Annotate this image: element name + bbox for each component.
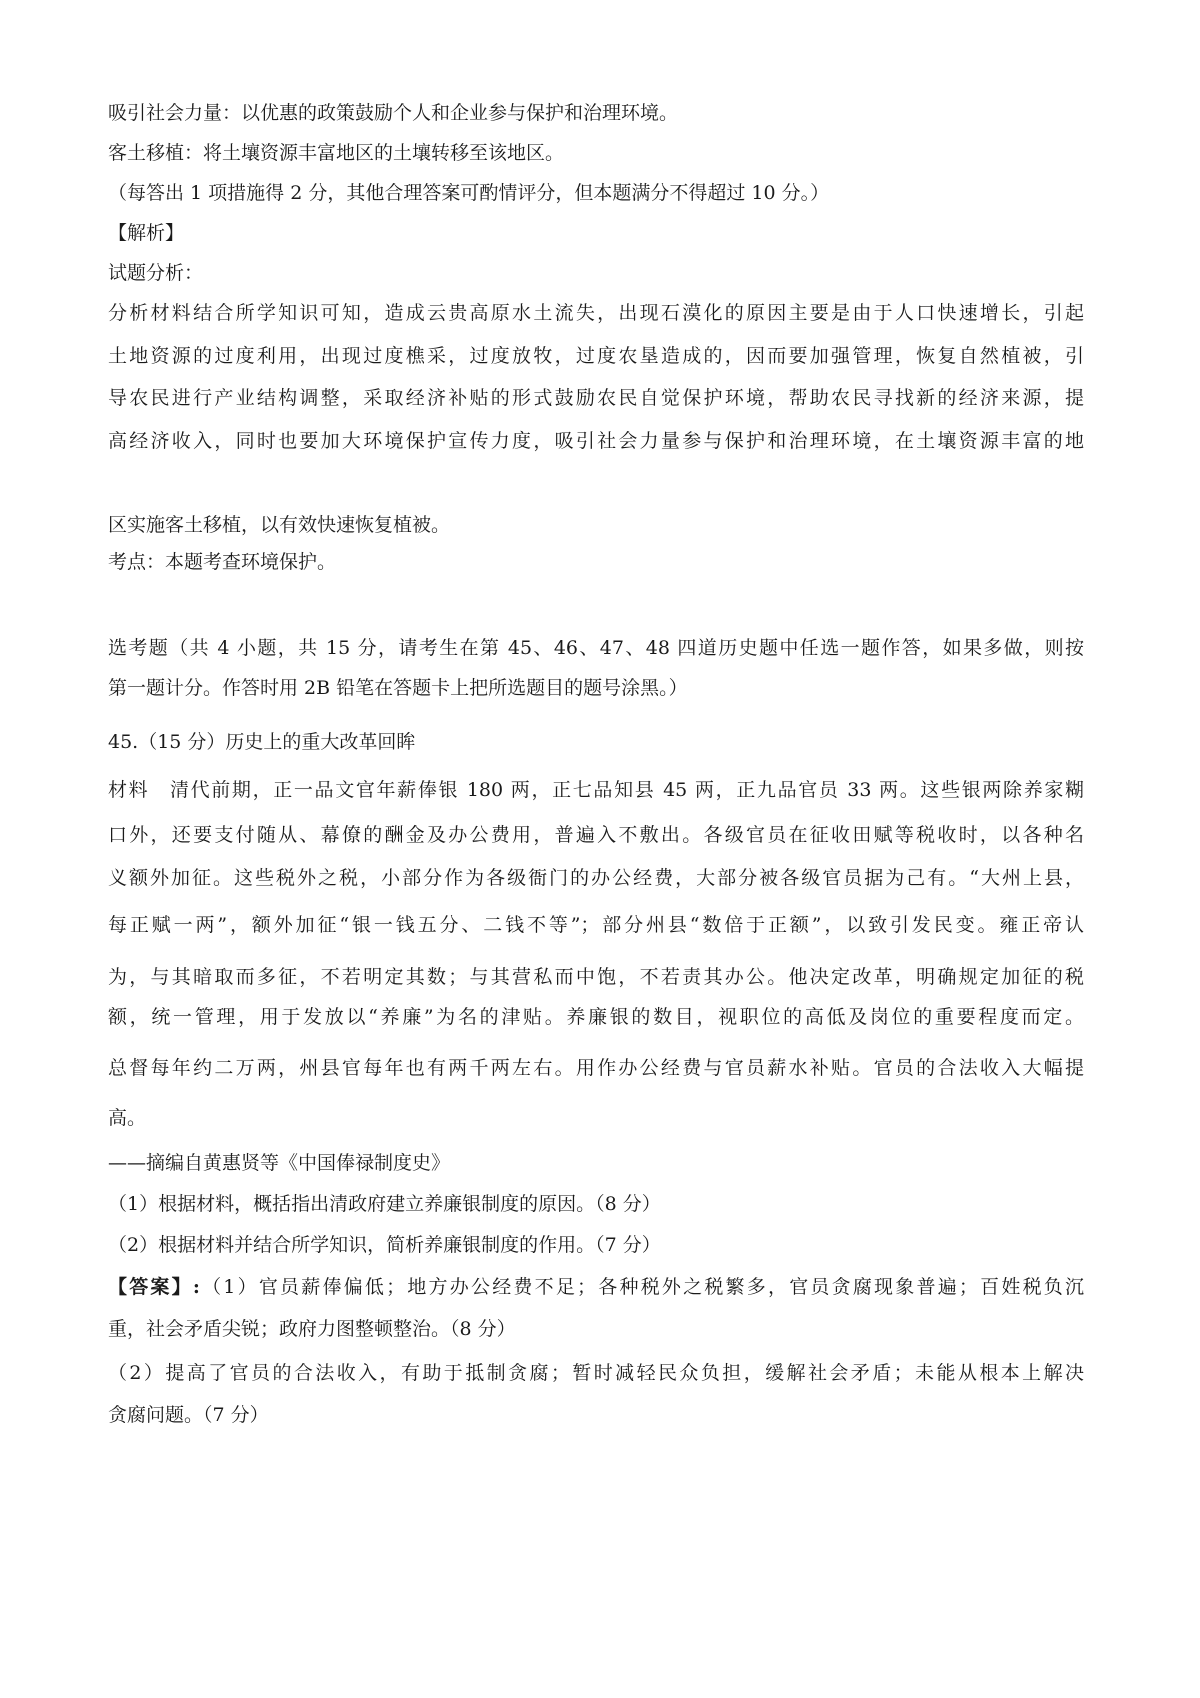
text-line: （2）提高了官员的合法收入，有助于抵制贪腐；暂时减轻民众负担，缓解社会矛盾；未能… (108, 1359, 1084, 1387)
text-line: ——摘编自黄惠贤等《中国俸禄制度史》 (108, 1149, 1084, 1177)
text-line: 额，统一管理，用于发放以“养廉”为名的津贴。养廉银的数目，视职位的高低及岗位的重… (108, 1003, 1084, 1031)
text-line: （每答出 1 项措施得 2 分，其他合理答案可酌情评分，但本题满分不得超过 10… (108, 179, 1084, 207)
text-line: 总督每年约二万两，州县官每年也有两千两左右。用作办公经费与官员薪水补贴。官员的合… (108, 1054, 1084, 1082)
answer-text: （1）官员薪俸偏低；地方办公经费不足；各种税外之税繁多，官员贪腐现象普遍；百姓税… (200, 1276, 1084, 1298)
text-line: 选考题（共 4 小题，共 15 分，请考生在第 45、46、47、48 四道历史… (108, 634, 1084, 662)
answer-line: 【答案】:（1）官员薪俸偏低；地方办公经费不足；各种税外之税繁多，官员贪腐现象普… (108, 1273, 1084, 1301)
text-line: 土地资源的过度利用，出现过度樵采，过度放牧，过度农垦造成的，因而要加强管理，恢复… (108, 342, 1084, 370)
text-line: 区实施客土移植，以有效快速恢复植被。 (108, 511, 1084, 539)
text-line: 导农民进行产业结构调整，采取经济补贴的形式鼓励农民自觉保护环境，帮助农民寻找新的… (108, 384, 1084, 412)
text-line: 吸引社会力量：以优惠的政策鼓励个人和企业参与保护和治理环境。 (108, 99, 1084, 127)
text-line: （2）根据材料并结合所学知识，简析养廉银制度的作用。（7 分） (108, 1231, 1084, 1259)
text-line: 义额外加征。这些税外之税，小部分作为各级衙门的办公经费，大部分被各级官员据为己有… (108, 864, 1084, 892)
text-line: 第一题计分。作答时用 2B 铅笔在答题卡上把所选题目的题号涂黑。） (108, 674, 1084, 702)
text-line: 为，与其暗取而多征，不若明定其数；与其营私而中饱，不若责其办公。他决定改革，明确… (108, 963, 1084, 991)
document-page: 吸引社会力量：以优惠的政策鼓励个人和企业参与保护和治理环境。客土移植：将土壤资源… (0, 0, 1200, 1698)
text-line: 【解析】 (108, 219, 1084, 247)
answer-label: 【答案】: (108, 1276, 200, 1298)
text-line: 客土移植：将土壤资源丰富地区的土壤转移至该地区。 (108, 139, 1084, 167)
text-line: 每正赋一两”，额外加征“银一钱五分、二钱不等”；部分州县“数倍于正额”，以致引发… (108, 911, 1084, 939)
text-line: 重，社会矛盾尖锐；政府力图整顿整治。（8 分） (108, 1315, 1084, 1343)
text-line: 口外，还要支付随从、幕僚的酬金及办公费用，普遍入不敷出。各级官员在征收田赋等税收… (108, 821, 1084, 849)
text-line: 试题分析： (108, 259, 1084, 287)
text-line: 45.（15 分）历史上的重大改革回眸 (108, 728, 1084, 756)
text-line: 材料 清代前期，正一品文官年薪俸银 180 两，正七品知县 45 两，正九品官员… (108, 776, 1084, 804)
text-line: 分析材料结合所学知识可知，造成云贵高原水土流失，出现石漠化的原因主要是由于人口快… (108, 299, 1084, 327)
text-line: 考点：本题考查环境保护。 (108, 548, 1084, 576)
text-line: （1）根据材料，概括指出清政府建立养廉银制度的原因。（8 分） (108, 1190, 1084, 1218)
text-line: 高。 (108, 1104, 1084, 1132)
text-line: 贪腐问题。（7 分） (108, 1401, 1084, 1429)
text-line: 高经济收入，同时也要加大环境保护宣传力度，吸引社会力量参与保护和治理环境，在土壤… (108, 427, 1084, 455)
